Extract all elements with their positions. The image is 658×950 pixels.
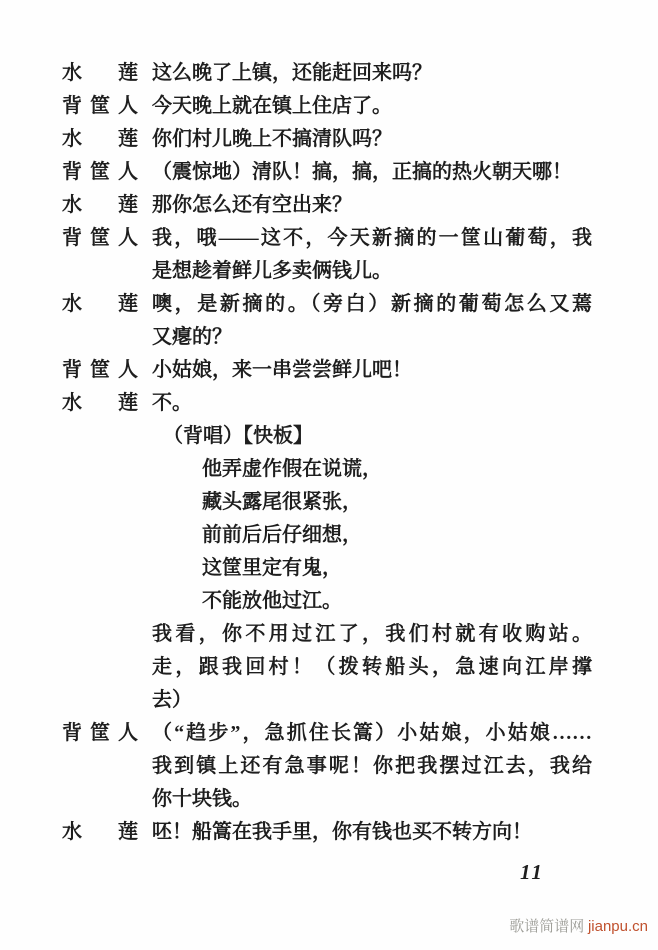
dialogue-line: 不。 bbox=[152, 387, 592, 420]
verse-line: 这筐里定有鬼， bbox=[152, 552, 592, 585]
script-page: 水 莲 这么晚了上镇，还能赶回来吗？ 背筐人 今天晚上就在镇上住店了。 水 莲 … bbox=[0, 0, 658, 950]
dialogue-line: 又瘪的？ bbox=[152, 321, 592, 354]
verse-line: 他弄虚作假在说谎， bbox=[152, 453, 592, 486]
dialogue-line: 小姑娘，来一串尝尝鲜儿吧！ bbox=[152, 354, 592, 387]
dialogue-line: 我看，你不用过江了，我们村就有收购站。 bbox=[152, 618, 592, 651]
dialogue-block: 水 莲 你们村儿晚上不搞清队吗？ bbox=[62, 123, 592, 156]
speaker-name: 水 莲 bbox=[62, 189, 138, 222]
speaker-name: 水 莲 bbox=[62, 57, 138, 90]
speaker-name: 水 莲 bbox=[62, 816, 138, 849]
dialogue-block: 水 莲 噢，是新摘的。（旁白）新摘的葡萄怎么又蔫 又瘪的？ bbox=[62, 288, 592, 354]
dialogue-block: 水 莲 那你怎么还有空出来？ bbox=[62, 189, 592, 222]
dialogue-block: 背筐人 （震惊地）清队！搞，搞，正搞的热火朝天哪！ bbox=[62, 156, 592, 189]
watermark: 歌谱简谱网 jianpu.cn bbox=[509, 915, 648, 936]
dialogue-block: 背筐人 小姑娘，来一串尝尝鲜儿吧！ bbox=[62, 354, 592, 387]
dialogue-line: 你们村儿晚上不搞清队吗？ bbox=[152, 123, 592, 156]
aria-heading: （背唱）【快板】 bbox=[152, 420, 592, 453]
speaker-name: 背筐人 bbox=[62, 354, 138, 387]
dialogue-line: 那你怎么还有空出来？ bbox=[152, 189, 592, 222]
verse-line: 不能放他过江。 bbox=[152, 585, 592, 618]
dialogue-line: 这么晚了上镇，还能赶回来吗？ bbox=[152, 57, 592, 90]
speaker-name: 背筐人 bbox=[62, 156, 138, 189]
dialogue-line: 你十块钱。 bbox=[152, 783, 592, 816]
dialogue-line: 走，跟我回村！（拨转船头，急速向江岸撑 bbox=[152, 651, 592, 684]
verse-line: 藏头露尾很紧张， bbox=[152, 486, 592, 519]
speaker-name: 水 莲 bbox=[62, 123, 138, 156]
page-number: 11 bbox=[520, 860, 544, 885]
dialogue-line: （震惊地）清队！搞，搞，正搞的热火朝天哪！ bbox=[152, 156, 592, 189]
dialogue-line: （“趋步”，急抓住长篙）小姑娘，小姑娘…… bbox=[152, 717, 592, 750]
dialogue-line: 我，哦——这不，今天新摘的一筐山葡萄，我 bbox=[152, 222, 592, 255]
dialogue-line: 我到镇上还有急事呢！你把我摆过江去，我给 bbox=[152, 750, 592, 783]
speaker-name: 背筐人 bbox=[62, 222, 138, 255]
speaker-name: 背筐人 bbox=[62, 90, 138, 123]
dialogue-line: 今天晚上就在镇上住店了。 bbox=[152, 90, 592, 123]
speaker-name: 水 莲 bbox=[62, 387, 138, 420]
dialogue-block: 水 莲 不。 （背唱）【快板】 他弄虚作假在说谎， 藏头露尾很紧张， 前前后后仔… bbox=[62, 387, 592, 717]
dialogue-line: 呸！船篙在我手里，你有钱也买不转方向！ bbox=[152, 816, 592, 849]
watermark-site-url[interactable]: jianpu.cn bbox=[588, 918, 648, 935]
dialogue-block: 背筐人 （“趋步”，急抓住长篙）小姑娘，小姑娘…… 我到镇上还有急事呢！你把我摆… bbox=[62, 717, 592, 816]
speaker-name: 背筐人 bbox=[62, 717, 138, 750]
watermark-site-name: 歌谱简谱网 bbox=[509, 919, 584, 935]
dialogue-block: 背筐人 今天晚上就在镇上住店了。 bbox=[62, 90, 592, 123]
speaker-name: 水 莲 bbox=[62, 288, 138, 321]
dialogue-block: 水 莲 这么晚了上镇，还能赶回来吗？ bbox=[62, 57, 592, 90]
dialogue-line: 去） bbox=[152, 684, 592, 717]
dialogue-block: 背筐人 我，哦——这不，今天新摘的一筐山葡萄，我 是想趁着鲜儿多卖俩钱儿。 bbox=[62, 222, 592, 288]
dialogue-block: 水 莲 呸！船篙在我手里，你有钱也买不转方向！ bbox=[62, 816, 592, 849]
dialogue-line: 噢，是新摘的。（旁白）新摘的葡萄怎么又蔫 bbox=[152, 288, 592, 321]
dialogue-line: 是想趁着鲜儿多卖俩钱儿。 bbox=[152, 255, 592, 288]
verse-line: 前前后后仔细想， bbox=[152, 519, 592, 552]
